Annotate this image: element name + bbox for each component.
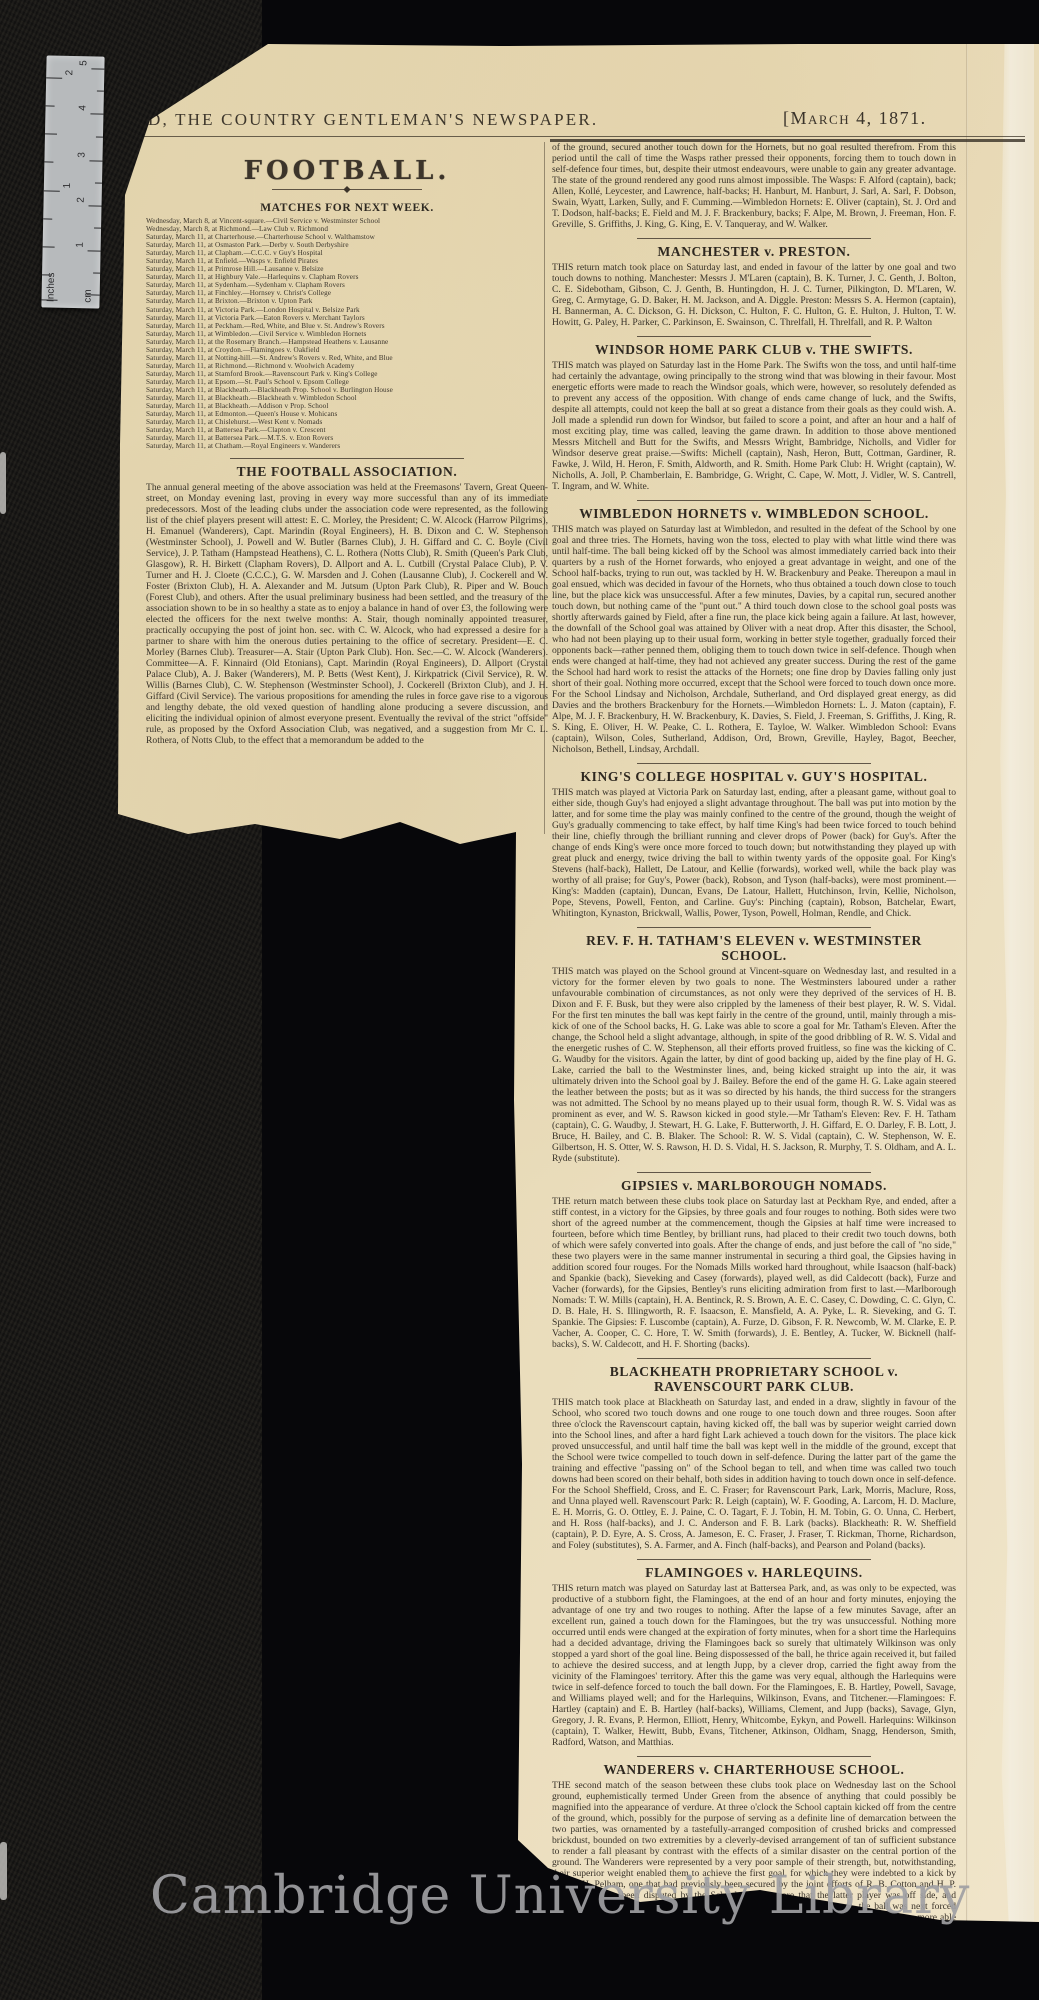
fixture-line: Saturday, March 11, at Victoria Park.—Ea… (146, 314, 548, 322)
match-report-text: THIS return match took place on Saturday… (552, 262, 956, 328)
fixture-line: Saturday, March 11, at Blackheath.—Addis… (146, 402, 548, 410)
match-report-text: THIS match was played on Saturday last i… (552, 360, 956, 492)
ruler-tick (42, 274, 51, 275)
ruler-tick (94, 227, 101, 228)
ruler-number: 2 (76, 197, 87, 203)
match-report-title: GIPSIES v. MARLBOROUGH NOMADS. (558, 1178, 950, 1193)
frayed-right-edge (998, 44, 1034, 1924)
ruler-number: 3 (77, 152, 88, 158)
scan-edge-mark (0, 1842, 7, 1900)
continuation-article: of the ground, secured another touch dow… (552, 142, 956, 230)
ruler-number: 5 (78, 60, 89, 66)
library-watermark: Cambridge University Library (150, 1866, 890, 1926)
fixture-line: Wednesday, March 8, at Richmond.—Law Clu… (146, 225, 548, 233)
match-report-text: THE return match between these clubs too… (552, 1196, 956, 1350)
fixture-line: Saturday, March 11, at Highbury Vale.—Ha… (146, 273, 548, 281)
match-report-text: THIS match was played at Victoria Park o… (552, 787, 956, 919)
ruler-tick (43, 246, 55, 247)
match-report-title: KING'S COLLEGE HOSPITAL v. GUY'S HOSPITA… (558, 769, 950, 784)
fixture-line: Saturday, March 11, at Epsom.—St. Paul's… (146, 378, 548, 386)
fixture-line: Saturday, March 11, at Brixton.—Brixton … (146, 297, 548, 305)
matches-title: MATCHES FOR NEXT WEEK. (146, 202, 548, 214)
ruler-tick (91, 68, 104, 69)
ruler-inches-label: Inches (45, 272, 57, 302)
ruler-tick (95, 182, 102, 183)
fixture-line: Saturday, March 11, at Stamford Brook.—R… (146, 370, 548, 378)
fixture-line: Saturday, March 11, at Blackheath.—Black… (146, 394, 548, 402)
association-title: THE FOOTBALL ASSOCIATION. (152, 464, 542, 479)
masthead-date: [March 4, 1871. (783, 108, 927, 129)
fixture-line: Saturday, March 11, at Edmonton.—Queen's… (146, 410, 548, 418)
ruler-number: 1 (75, 242, 86, 248)
fixture-line: Saturday, March 11, at Primrose Hill.—La… (146, 265, 548, 273)
masthead-title: D, THE COUNTRY GENTLEMAN'S NEWSPAPER. (148, 110, 598, 130)
association-article: The annual general meeting of the above … (146, 482, 548, 746)
section-rule (637, 500, 871, 501)
ruler-cm-label: cm (82, 289, 93, 303)
match-report-text: THIS match was played on Saturday last a… (552, 524, 956, 755)
ruler-tick (88, 250, 101, 251)
ruler-tick (42, 299, 58, 300)
ruler-tick (44, 161, 53, 162)
match-report-title: WANDERERS v. CHARTERHOUSE SCHOOL. (558, 1762, 950, 1777)
ruler-tick (45, 133, 57, 134)
fixture-line: Saturday, March 11, at Battersea Park.—C… (146, 426, 548, 434)
match-report-title: MANCHESTER v. PRESTON. (558, 244, 950, 259)
fixture-line: Saturday, March 11, at Finchley.—Hornsey… (146, 289, 548, 297)
match-report-text: THIS return match was played on Saturday… (552, 1583, 956, 1748)
match-report-title: BLACKHEATH PROPRIETARY SCHOOL v. RAVENSC… (558, 1364, 950, 1394)
ruler-tick (46, 105, 55, 106)
section-rule (637, 336, 871, 337)
ruler-number: 1 (62, 183, 73, 189)
match-report-title: WINDSOR HOME PARK CLUB v. THE SWIFTS. (558, 342, 950, 357)
match-report-text: THIS match took place at Blackheath on S… (552, 1397, 956, 1551)
ruler-tick (90, 113, 103, 114)
football-section-title: FOOTBALL. (146, 156, 548, 186)
fixture-line: Saturday, March 11, at Clapham.—C.C.C. v… (146, 249, 548, 257)
fixture-line: Saturday, March 11, at Notting-hill.—St.… (146, 354, 548, 362)
section-rule (637, 238, 871, 239)
fixture-line: Saturday, March 11, at Charterhouse.—Cha… (146, 233, 548, 241)
fixture-line: Wednesday, March 8, at Vincent-square.—C… (146, 217, 548, 225)
section-rule (230, 458, 463, 459)
section-rule (637, 927, 871, 928)
page-fold-line (966, 44, 968, 1924)
scan-edge-mark (0, 452, 6, 514)
ruler-number: 4 (77, 105, 88, 111)
ruler-tick (96, 136, 103, 137)
section-rule (637, 1172, 871, 1173)
fixture-line: Saturday, March 11, at Croydon.—Flamingo… (146, 346, 548, 354)
fixtures-list: Wednesday, March 8, at Vincent-square.—C… (146, 217, 548, 450)
match-report-title: REV. F. H. TATHAM'S ELEVEN v. WESTMINSTE… (558, 933, 950, 963)
match-report-title: FLAMINGOES v. HARLEQUINS. (558, 1565, 950, 1580)
ruler-tick (46, 77, 62, 78)
section-rule (637, 1756, 871, 1757)
fixture-line: Saturday, March 11, at Chislehurst.—West… (146, 418, 548, 426)
fixture-line: Saturday, March 11, at Victoria Park.—Lo… (146, 306, 548, 314)
ruler-tick (88, 205, 101, 206)
fixture-line: Saturday, March 11, at Chatham.—Royal En… (146, 442, 548, 450)
fixture-line: Saturday, March 11, at Peckham.—Red, Whi… (146, 322, 548, 330)
section-rule (637, 1559, 871, 1560)
fixture-line: Saturday, March 11, at Battersea Park.—M… (146, 434, 548, 442)
ornamental-divider (272, 189, 422, 194)
section-rule (637, 1358, 871, 1359)
fixture-line: Saturday, March 11, at the Rosemary Bran… (146, 338, 548, 346)
ruler-tick (43, 218, 52, 219)
fixture-line: Saturday, March 11, at Richmond.—Richmon… (146, 362, 548, 370)
ruler-tick (93, 272, 100, 273)
fixture-line: Saturday, March 11, at Enfield.—Wasps v.… (146, 257, 548, 265)
measurement-ruler: Inches cm 2154321 (41, 55, 104, 308)
fixture-line: Saturday, March 11, at Osmaston Park.—De… (146, 241, 548, 249)
right-column: of the ground, secured another touch dow… (552, 142, 956, 1991)
match-reports: MANCHESTER v. PRESTON.THIS return match … (552, 238, 956, 1989)
fixture-line: Saturday, March 11, at Blackheath.—Black… (146, 386, 548, 394)
ruler-number: 2 (64, 70, 75, 76)
ruler-tick (44, 190, 60, 191)
scanned-newspaper-photo: Inches cm 2154321 D, THE COUNTRY GENTLEM… (0, 0, 1039, 2000)
fixture-line: Saturday, March 11, at Wimbledon.—Civil … (146, 330, 548, 338)
ruler-tick (97, 90, 104, 91)
section-rule (637, 763, 871, 764)
match-report-title: WIMBLEDON HORNETS v. WIMBLEDON SCHOOL. (558, 506, 950, 521)
fixture-line: Saturday, March 11, at Sydenham.—Sydenha… (146, 281, 548, 289)
newspaper-clipping: D, THE COUNTRY GENTLEMAN'S NEWSPAPER. [M… (118, 44, 1039, 1924)
masthead-rule (143, 136, 1025, 137)
match-report-text: THIS match was played on the School grou… (552, 966, 956, 1164)
left-column: FOOTBALL. MATCHES FOR NEXT WEEK. Wednesd… (146, 142, 548, 748)
ruler-tick (89, 160, 102, 161)
